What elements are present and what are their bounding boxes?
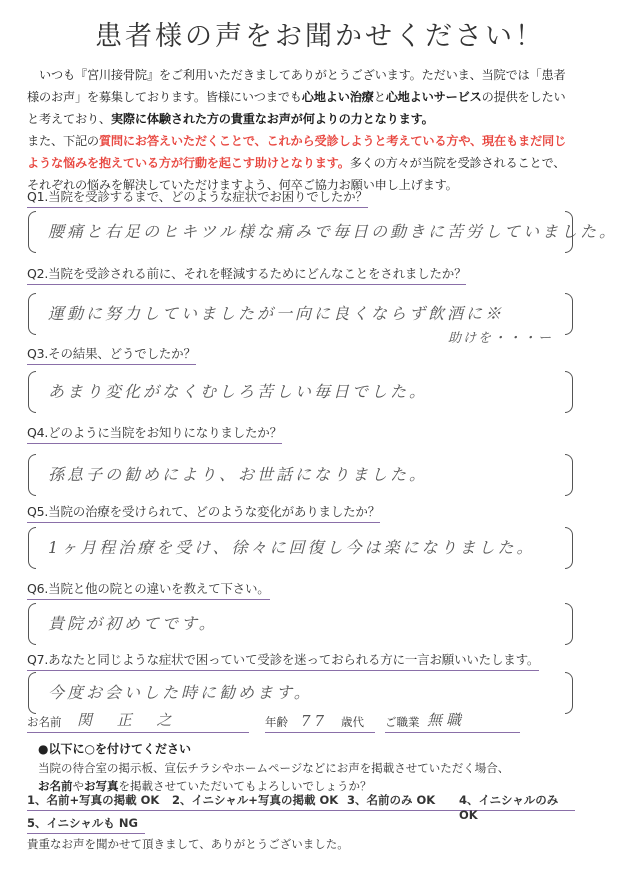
name-field[interactable]: お名前 関 正 之 [27, 710, 249, 733]
occupation-field[interactable]: ご職業 無職 [385, 710, 520, 733]
page-title: 患者様の声をお聞かせください！ [0, 14, 640, 53]
intro-highlight: ような悩みを抱えている方が行動を起こす助けとなります。 [27, 156, 350, 170]
consent-bold: お名前 [38, 779, 73, 793]
intro-text: 様のお声」を募集しております。皆様にいつまでも [27, 90, 302, 104]
question-2-label: Q2.当院を受診される前に、それを軽減するためにどんなことをされましたか？ [27, 265, 466, 285]
option-initial-photo-ok[interactable]: 2、イニシャル+写真の掲載 OK [172, 792, 338, 808]
answer-4-box[interactable]: 孫息子の勧めにより、お世話になりました。 [28, 454, 573, 496]
thank-you-message: 貴重なお声を聞かせて頂きまして、ありがとうございました。 [27, 836, 349, 852]
option-name-photo-ok[interactable]: 1、名前+写真の掲載 OK [27, 792, 159, 808]
occupation-value: 無職 [427, 709, 465, 730]
right-bracket [565, 527, 573, 569]
question-3-label: Q3.その結果、どうでしたか？ [27, 345, 196, 365]
consent-line: 当院の待合室の掲示板、宣伝チラシやホームページなどにお声を掲載させていただく場合… [38, 759, 509, 777]
answer-6-box[interactable]: 貴院が初めてです。 [28, 603, 573, 645]
answer-4-text: 孫息子の勧めにより、お世話になりました。 [48, 462, 428, 485]
answer-2-text: 運動に努力していましたが一向に良くならず飲酒に※ [48, 301, 504, 324]
intro-text: の提供をしたい [482, 90, 566, 104]
consent-description: 当院の待合室の掲示板、宣伝チラシやホームページなどにお声を掲載させていただく場合… [38, 759, 509, 795]
answer-5-text: 1ヶ月程治療を受け、徐々に回復し今は楽になりました。 [48, 535, 536, 558]
left-bracket [28, 211, 36, 253]
answer-1-text: 腰痛と右足のヒキツル様な痛みで毎日の動きに苦労していました。 [48, 219, 618, 242]
option-name-only-ok[interactable]: 3、名前のみ OK [347, 792, 435, 808]
age-field[interactable]: 年齢 77 歳代 [265, 710, 375, 733]
age-suffix: 歳代 [341, 714, 364, 730]
right-bracket [565, 454, 573, 496]
name-value: 関 正 之 [77, 709, 182, 730]
answer-2-box[interactable]: 運動に努力していましたが一向に良くならず飲酒に※ 助けを・・・ー [28, 293, 573, 335]
right-bracket [565, 603, 573, 645]
intro-highlight: 質問にお答えいただくことで、これから受診しようと考えている方や、現在もまだ同じ [99, 134, 566, 148]
intro-text: いつも『宮川接骨院』をご利用いただきましてありがとうございます。ただいま、当院で… [39, 68, 565, 82]
right-bracket [565, 371, 573, 413]
option-initial-only-ok[interactable]: 4、イニシャルのみ OK [459, 792, 575, 822]
intro-text: 多くの方々が当院を受診されることで、 [350, 156, 566, 170]
question-5-label: Q5.当院の治療を受けられて、どのような変化がありましたか？ [27, 503, 380, 523]
answer-6-text: 貴院が初めてです。 [48, 611, 218, 634]
consent-bold: お写真 [84, 779, 119, 793]
question-1-label: Q1.当院を受診するまで、どのような症状でお困りでしたか？ [27, 188, 368, 208]
answer-7-text: 今度お会いした時に勧めます。 [48, 680, 313, 703]
question-4-label: Q4.どのように当院をお知りになりましたか？ [27, 424, 282, 444]
occupation-label: ご職業 [385, 714, 420, 730]
age-value: 77 [301, 712, 328, 730]
left-bracket [28, 454, 36, 496]
right-bracket [565, 211, 573, 253]
answer-3-text: あまり変化がなくむしろ苦しい毎日でした。 [48, 379, 428, 402]
answer-3-box[interactable]: あまり変化がなくむしろ苦しい毎日でした。 [28, 371, 573, 413]
age-label: 年齢 [265, 714, 288, 730]
left-bracket [28, 527, 36, 569]
intro-paragraph: いつも『宮川接骨院』をご利用いただきましてありがとうございます。ただいま、当院で… [27, 64, 627, 196]
left-bracket [28, 293, 36, 335]
intro-text: と [374, 90, 386, 104]
right-bracket [565, 672, 573, 714]
answer-7-box[interactable]: 今度お会いした時に勧めます。 [28, 672, 573, 714]
option-initial-ng[interactable]: 5、イニシャルも NG [27, 815, 145, 834]
left-bracket [28, 371, 36, 413]
question-6-label: Q6.当院と他の院との違いを教えて下さい。 [27, 580, 270, 600]
consent-text: を掲載させていただいてもよろしいでしょうか？ [119, 779, 372, 793]
consent-text: や [73, 779, 85, 793]
question-7-label: Q7.あなたと同じような症状で困っていて受診を迷っておられる方に一言お願いいたし… [27, 651, 539, 671]
left-bracket [28, 603, 36, 645]
left-bracket [28, 672, 36, 714]
consent-heading: ●以下に○を付けてください [38, 740, 191, 757]
consent-options: 1、名前+写真の掲載 OK 2、イニシャル+写真の掲載 OK 3、名前のみ OK… [27, 792, 575, 811]
name-label: お名前 [27, 714, 62, 730]
right-bracket [565, 293, 573, 335]
answer-2-text-continued: 助けを・・・ー [448, 327, 553, 346]
intro-bold: 心地よい治療 [302, 90, 374, 104]
intro-bold: 心地よいサービス [386, 90, 482, 104]
intro-text: また、下記の [27, 134, 99, 148]
answer-5-box[interactable]: 1ヶ月程治療を受け、徐々に回復し今は楽になりました。 [28, 527, 573, 569]
intro-bold: 実際に体験された方の貴重なお声が何よりの力となります。 [111, 112, 434, 126]
answer-1-box[interactable]: 腰痛と右足のヒキツル様な痛みで毎日の動きに苦労していました。 [28, 211, 573, 253]
intro-text: と考えており、 [27, 112, 111, 126]
